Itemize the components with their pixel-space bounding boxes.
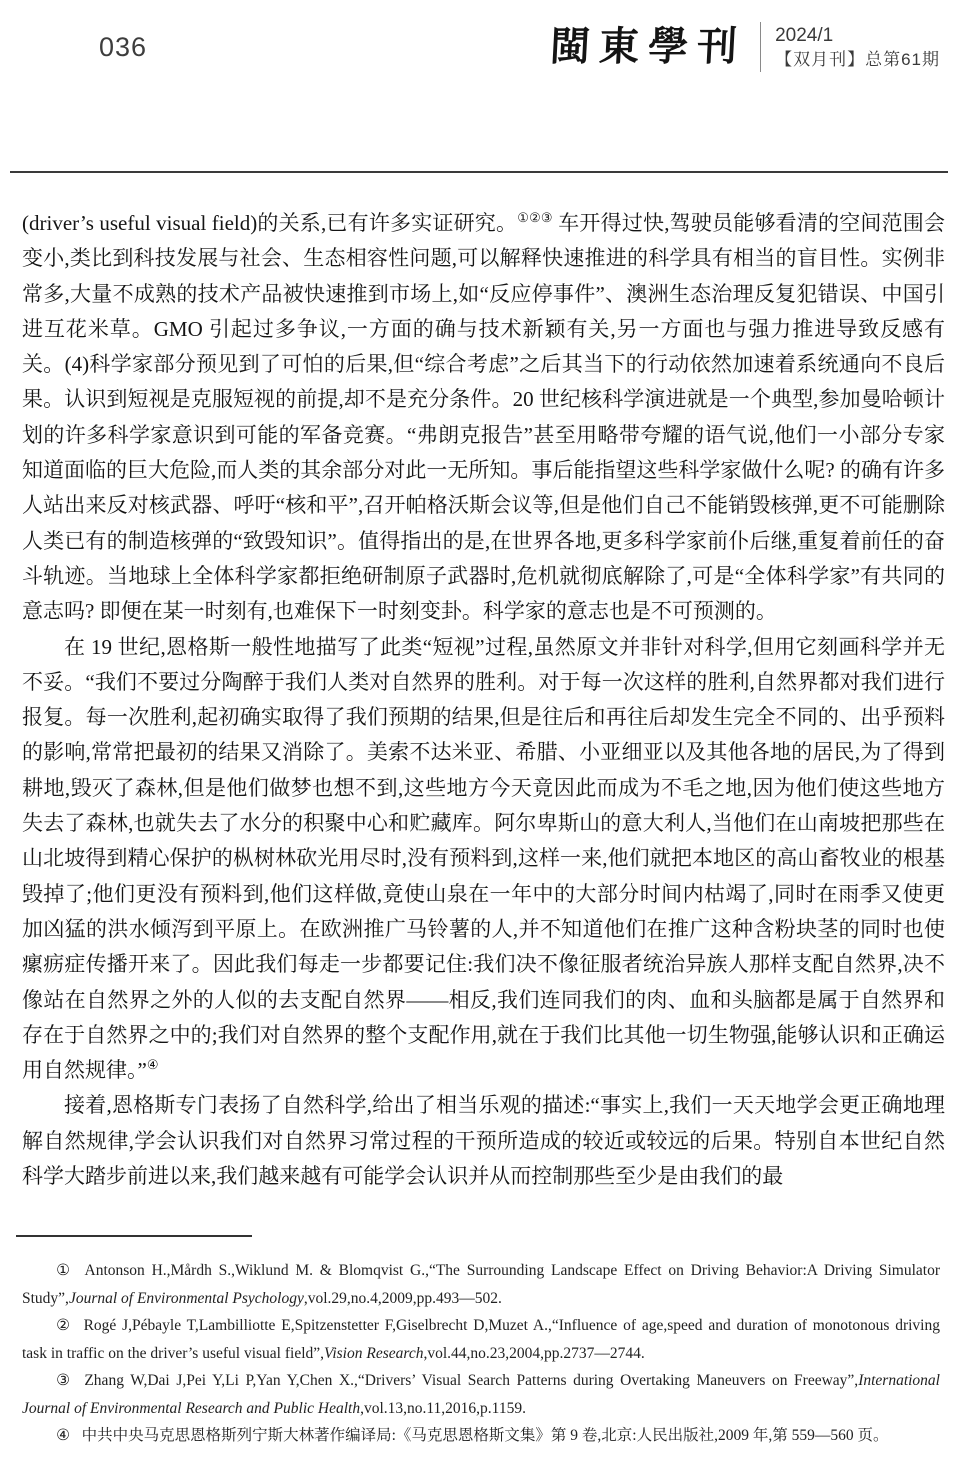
footnote-ref-4[interactable]: ④: [147, 1057, 159, 1072]
masthead-divider: [760, 22, 761, 72]
footnote-1: ①Antonson H.,Mårdh S.,Wiklund M. & Blomq…: [22, 1257, 940, 1312]
footnote-2-text-b: ,vol.44,no.23,2004,pp.2737—2744.: [423, 1345, 644, 1362]
footnote-1-marker: ①: [56, 1262, 73, 1279]
footnote-3-text-b: ,vol.13,no.11,2016,p.1159.: [360, 1400, 526, 1417]
paragraph-3: 接着,恩格斯专门表扬了自然科学,给出了相当乐观的描述:“事实上,我们一天天地学会…: [22, 1088, 945, 1194]
paragraph-2-text: 在 19 世纪,恩格斯一般性地描写了此类“短视”过程,虽然原文并非针对科学,但用…: [22, 635, 945, 1083]
footnote-4-marker: ④: [56, 1427, 70, 1444]
journal-page: 036 閩東學刊 2024/1 【双月刊】总第61期 (driver’s use…: [0, 0, 958, 1476]
paragraph-1-text-a: (driver’s useful visual field)的关系,已有许多实证…: [22, 211, 517, 235]
page-number: 036: [99, 32, 147, 63]
footnote-3-text-a: Zhang W,Dai J,Pei Y,Li P,Yan Y,Chen X.,“…: [84, 1372, 858, 1389]
footnotes-section: ①Antonson H.,Mårdh S.,Wiklund M. & Blomq…: [22, 1257, 940, 1450]
footnote-1-text-b: ,vol.29,no.4,2009,pp.493—502.: [304, 1290, 502, 1307]
article-body: (driver’s useful visual field)的关系,已有许多实证…: [22, 206, 945, 1194]
header-rule: [10, 171, 948, 173]
issue-number: 【双月刊】总第61期: [775, 48, 940, 71]
footnote-4-text: 中共中央马克思恩格斯列宁斯大林著作编译局:《马克思恩格斯文集》第 9 卷,北京:…: [82, 1427, 889, 1444]
paragraph-3-text: 接着,恩格斯专门表扬了自然科学,给出了相当乐观的描述:“事实上,我们一天天地学会…: [22, 1093, 945, 1188]
footnote-2-marker: ②: [56, 1317, 72, 1334]
issue-info: 2024/1 【双月刊】总第61期: [775, 24, 940, 71]
footnote-3: ③Zhang W,Dai J,Pei Y,Li P,Yan Y,Chen X.,…: [22, 1367, 940, 1422]
issue-year: 2024/1: [775, 24, 940, 48]
footnote-separator: [16, 1235, 252, 1237]
journal-title-calligraphy: 閩東學刊: [549, 27, 751, 67]
footnote-refs-1-2-3[interactable]: ①②③: [517, 210, 553, 225]
footnote-3-marker: ③: [56, 1372, 73, 1389]
paragraph-2: 在 19 世纪,恩格斯一般性地描写了此类“短视”过程,虽然原文并非针对科学,但用…: [22, 630, 945, 1089]
paragraph-1: (driver’s useful visual field)的关系,已有许多实证…: [22, 206, 945, 630]
footnote-4: ④中共中央马克思恩格斯列宁斯大林著作编译局:《马克思恩格斯文集》第 9 卷,北京…: [22, 1422, 940, 1450]
footnote-1-journal: Journal of Environmental Psychology: [69, 1290, 304, 1307]
footnote-2: ②Rogé J,Pébayle T,Lambilliotte E,Spitzen…: [22, 1312, 940, 1367]
paragraph-1-text-b: 车开得过快,驾驶员能够看清的空间范围会变小,类比到科技发展与社会、生态相容性问题…: [22, 211, 945, 623]
footnote-2-journal: Vision Research: [324, 1345, 423, 1362]
journal-masthead: 閩東學刊 2024/1 【双月刊】总第61期: [550, 22, 940, 72]
